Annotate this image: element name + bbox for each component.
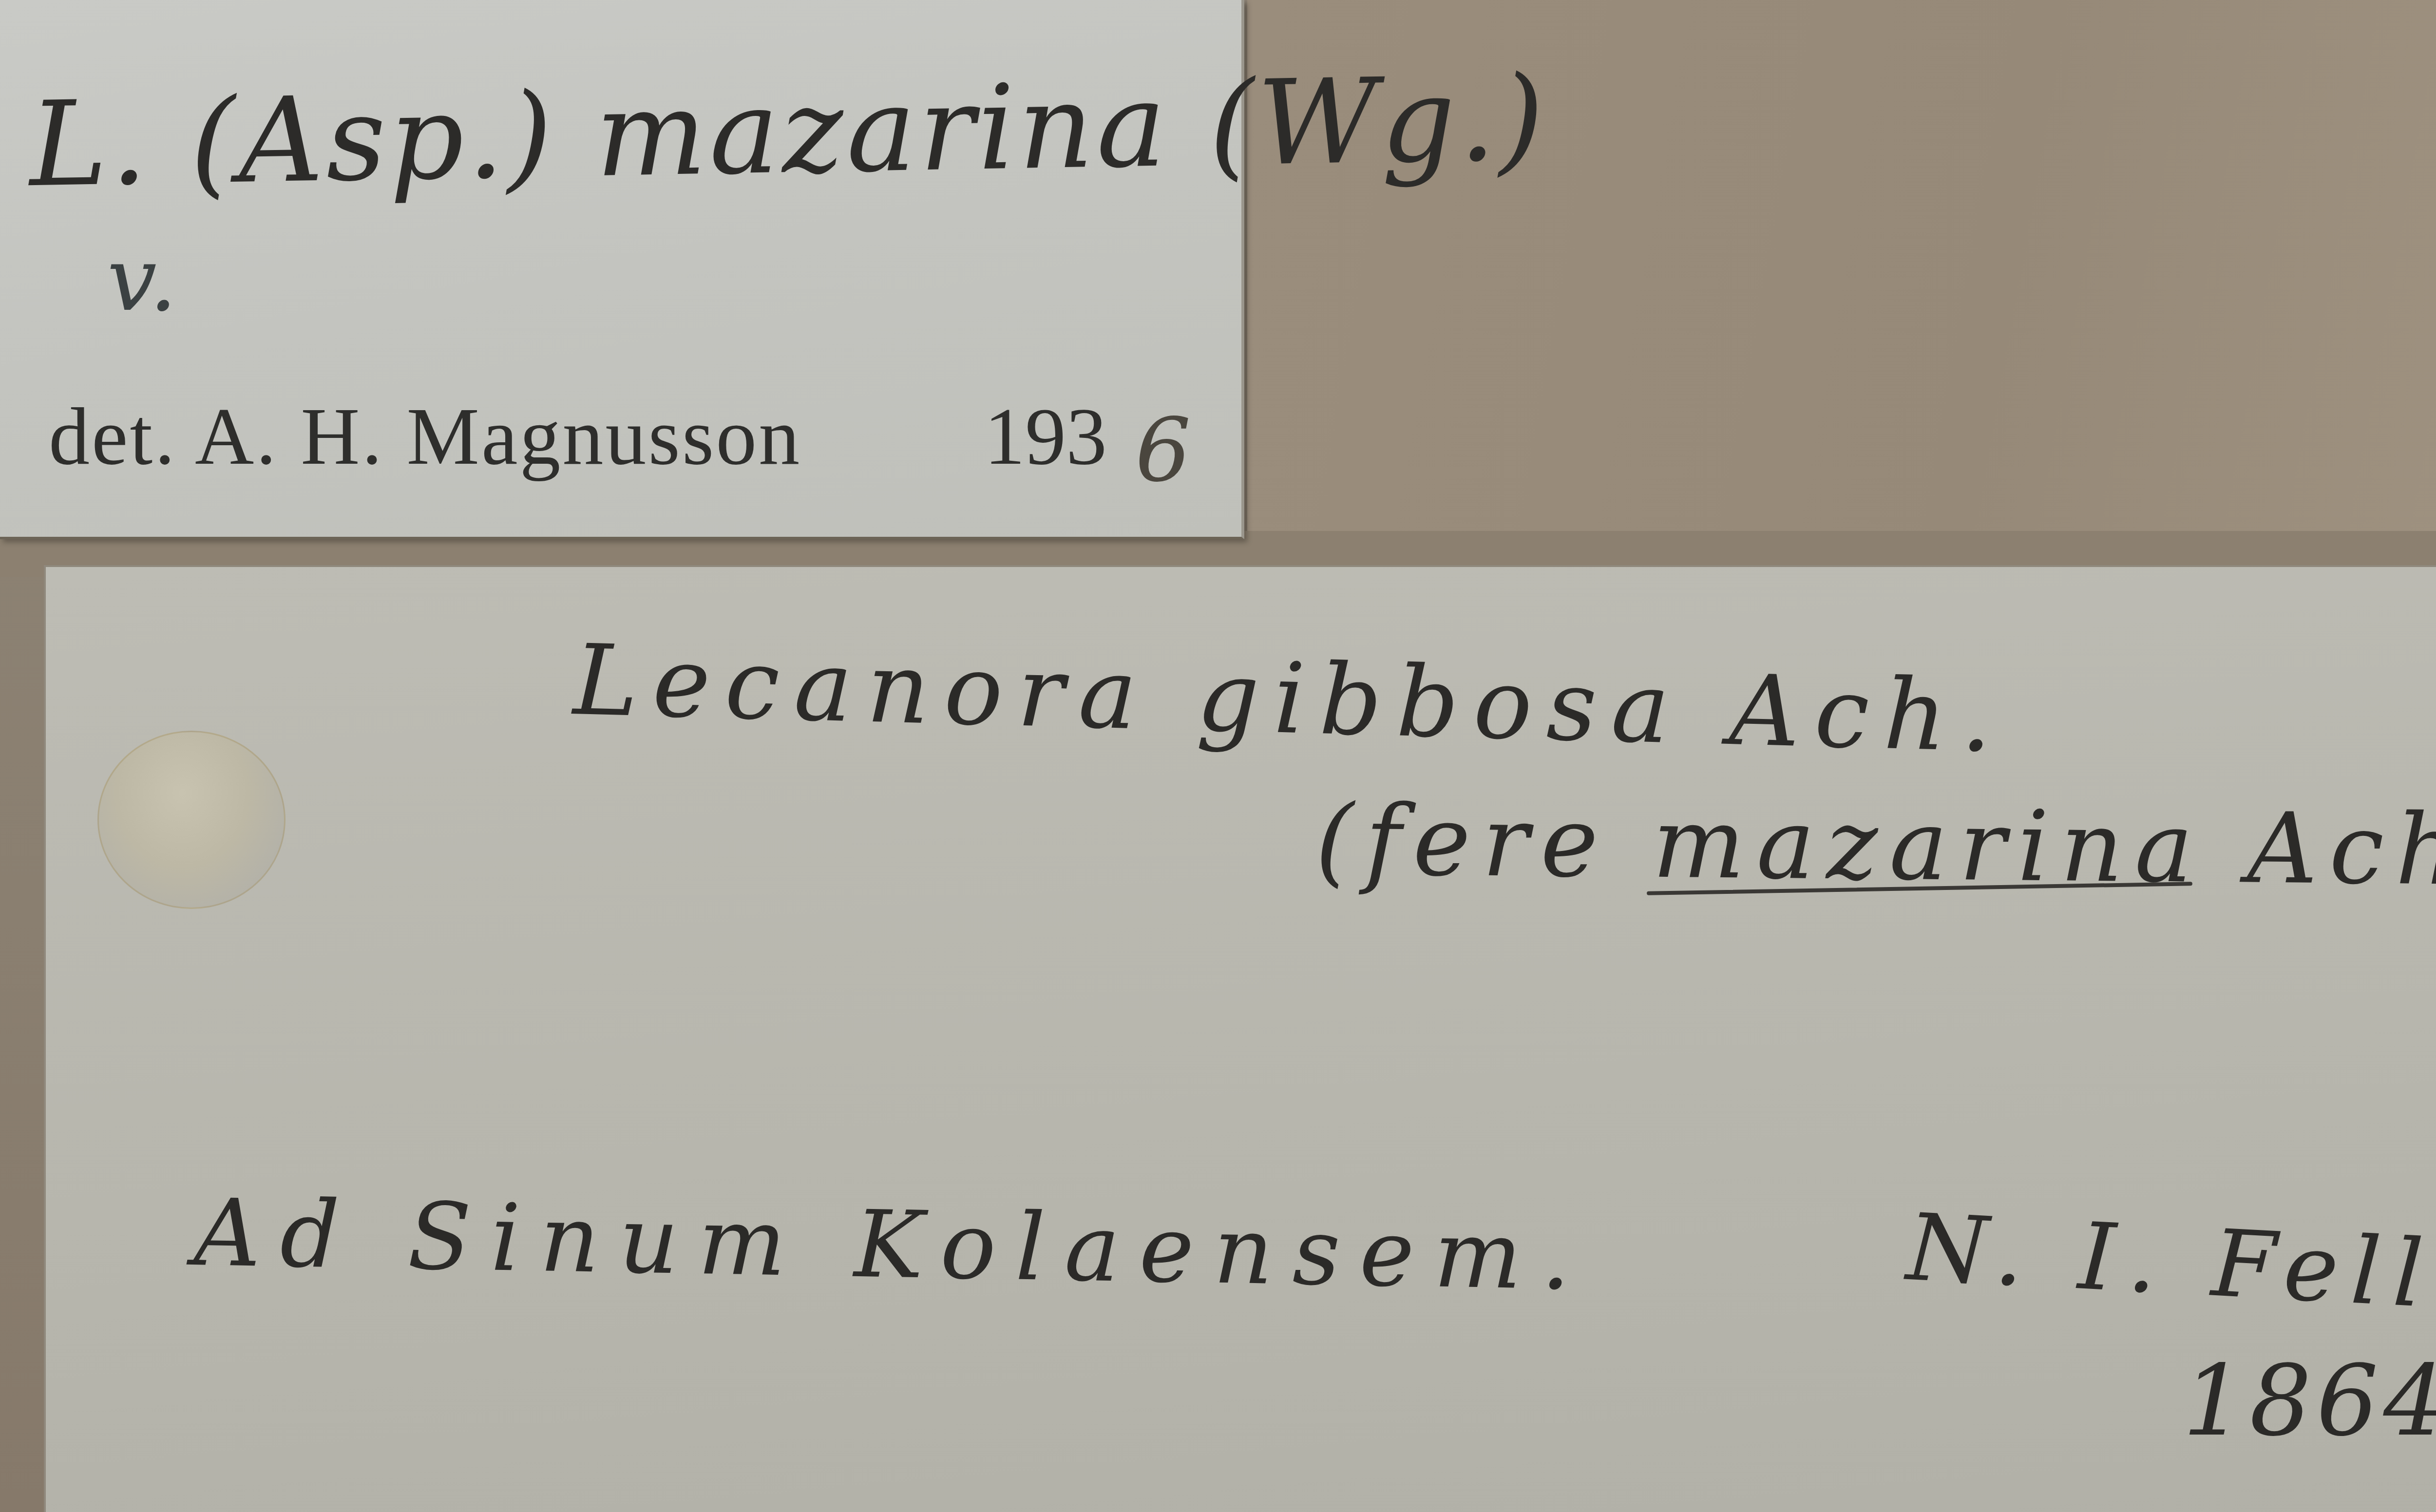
determination-variety-marker: v. [107, 229, 180, 331]
determiner-name: det. A. H. Magnusson [49, 390, 801, 484]
determination-year-handwritten-digit: 6 [1135, 399, 1194, 501]
collection-year: 1864. [2183, 1344, 2436, 1458]
determination-year-printed: 193 [984, 390, 1107, 484]
determination-label: L. (Asp.) mazarina (Wg.) v. det. A. H. M… [0, 0, 1244, 539]
determination-taxon-name: L. (Asp.) mazarina (Wg.) [28, 50, 1548, 213]
label-hole-damage [97, 731, 285, 909]
